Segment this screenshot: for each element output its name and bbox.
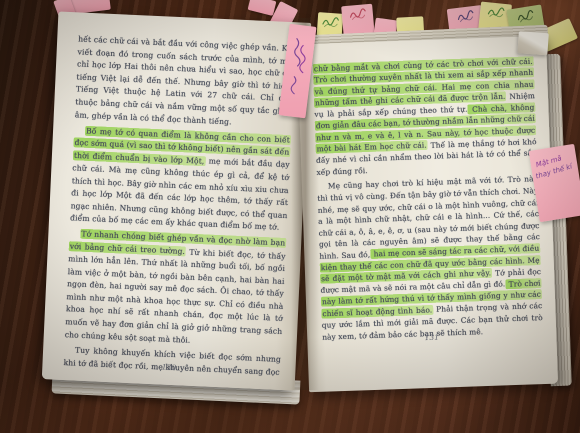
paragraph: chữ bằng mắt và chơi cùng tớ các trò chơ… [313,55,538,178]
book-right-page: chữ bằng mắt và chơi cùng tớ các trò chơ… [297,36,558,392]
book-photo-scene: hết các chữ cái và bắt đầu với công việc… [0,0,580,433]
text-segment: hết các chữ cái và bắt đầu với công việc… [75,34,296,126]
book-left-page: hết các chữ cái và bắt đầu với công việc… [42,11,311,390]
paragraph: hết các chữ cái và bắt đầu với công việc… [75,33,296,131]
handwriting-scribble [454,8,476,24]
paragraph: Mẹ cũng hay chơi trò kí hiệu mật mã với … [317,174,544,343]
paragraph: Bố mẹ tớ có quan điểm là không cần cho c… [70,124,291,234]
text-segment: mẹ mới bắt đầu dạy chữ cái. Mà mẹ cũng k… [70,157,290,232]
handwriting-scribble [485,4,506,20]
handwriting-scribble [347,6,368,22]
page-corner-curl [517,31,548,55]
sticky-tab-pink-2 [248,0,277,16]
highlighted-text-segment: chữ bằng mắt và chơi cùng tớ các trò chơ… [313,56,535,108]
right-page-text: chữ bằng mắt và chơi cùng tớ các trò chơ… [313,55,544,346]
left-page-text: hết các chữ cái và bắt đầu với công việc… [63,33,295,382]
handwriting-scribble [514,8,536,25]
handwriting-scribble [320,14,341,29]
text-segment: Từ khi biết đọc, tớ thấy mình lớn hẳn lê… [65,247,286,344]
paragraph: Tớ nhanh chóng biết ghép vần và đọc nhờ … [65,228,287,351]
